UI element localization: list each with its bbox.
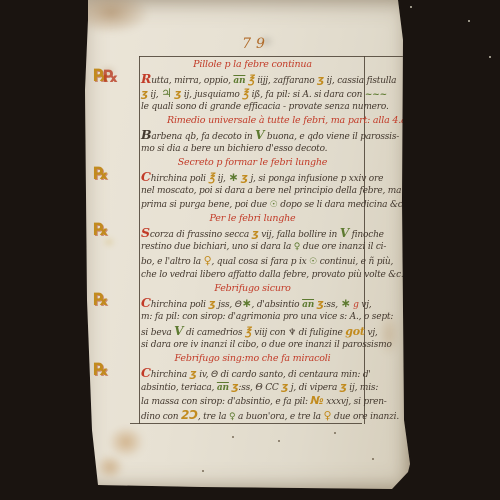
speck <box>372 458 374 460</box>
manuscript-line: nel moscato, poi si dara a bere nel prin… <box>141 184 364 198</box>
manuscript-line: Chirchina poli ℥ ij, ∗ ʒ j, si ponga inf… <box>141 170 364 184</box>
text-segment: prima si purga bene, poi due <box>141 200 270 210</box>
text-segment: V <box>174 324 183 338</box>
text-segment: :ss, <box>324 300 341 310</box>
manuscript-line: Chirchina poli ʒ jss, Θ∗, d'absintio an … <box>141 296 364 310</box>
text-segment: ʒ <box>241 171 248 184</box>
text-segment: iv, <box>197 370 211 380</box>
text-segment: restino due bichiari, uno si dara la <box>141 242 294 252</box>
text-segment: V <box>340 226 349 240</box>
manuscript-line: absintio, teriaca, an ʒ:ss, Θ CC ʒ j, di… <box>141 380 364 394</box>
text-segment: mo si dia a bere un bichiero d'esso deco… <box>141 144 327 154</box>
section-heading: Per le febri lunghe <box>141 212 364 226</box>
manuscript-line: prima si purga bene, poi due ☉ dopo se l… <box>141 198 364 212</box>
text-segment: ♃ <box>161 86 172 100</box>
text-segment: si dara ore iv inanzi il cibo, o due ore… <box>141 340 392 350</box>
text-segment: ∗ <box>228 170 238 184</box>
text-segment: 2Ɔ <box>181 408 198 422</box>
text-segment: buona, e qdo viene il parossis- <box>264 132 399 142</box>
manuscript-line: si dara ore iv inanzi il cibo, o due ore… <box>141 338 364 352</box>
photograph-background: 79 Pillole p la febre continuaRutta, mir… <box>0 0 500 500</box>
text-segment: finoche <box>349 230 384 240</box>
manuscript-line: restino due bichiari, uno si dara la ♀ d… <box>141 240 364 254</box>
text-segment: g <box>350 300 358 310</box>
manuscript-line: Barbena qb, fa decoto in V buona, e qdo … <box>141 128 364 142</box>
text-segment: di camedrios <box>183 328 245 338</box>
manuscript-line: che lo vedrai libero affatto dalla febre… <box>141 268 364 282</box>
text-segment: corza di frassino secca <box>150 230 252 240</box>
text-segment: due ore inanzi il ci- <box>300 242 386 252</box>
manuscript-line: si beva V di camedrios ℥ viij con ♆ di f… <box>141 324 364 338</box>
text-segment: jss, <box>215 300 234 310</box>
text-segment: utta, mirra, oppio, <box>151 76 233 86</box>
text-segment: ij, <box>148 90 161 100</box>
text-segment: Secreto p formar le febri lunghe <box>178 157 327 168</box>
rx-symbol: ℞ <box>93 164 108 184</box>
text-segment: absintio, teriaca, <box>141 383 217 393</box>
text-segment: ℥ <box>248 73 255 86</box>
manuscript-line: mo si dia a bere un bichiero d'esso deco… <box>141 142 364 156</box>
dust-speck <box>410 6 412 8</box>
manuscript-line: Chirchina ʒ iv, Θ di cardo santo, di cen… <box>141 366 364 380</box>
section-heading: Febrifugo sicuro <box>141 282 364 296</box>
text-segment: dopo se li dara medicina &c. <box>278 200 406 210</box>
text-segment: C <box>141 295 151 310</box>
manuscript-line: Scorza di frassino secca ʒ vij, falla bo… <box>141 226 364 240</box>
text-segment: bo, e l'altro la <box>141 257 204 267</box>
text-segment: an <box>217 383 229 393</box>
text-segment: C <box>141 365 151 380</box>
manuscript-line: la massa con sirop: d'absintio, e fa pil… <box>141 394 364 408</box>
text-segment: S <box>141 225 150 240</box>
text-segment: j, si ponga infusione p xxiv ore <box>248 174 383 184</box>
rx-symbol: ℞℞ <box>93 66 108 86</box>
frame-rule-top <box>139 56 407 57</box>
text-segment: vij, falla bollire in <box>259 230 340 240</box>
manuscript-page: 79 Pillole p la febre continuaRutta, mir… <box>82 0 414 490</box>
text-segment: V <box>255 128 264 142</box>
text-segment: Per le febri lunghe <box>210 213 296 224</box>
text-segment: Febrifugo sing:mo che fa miracoli <box>175 353 331 364</box>
rx-symbol: ℞ <box>93 220 108 240</box>
text-segment: ∗ <box>341 296 351 310</box>
speck <box>232 436 234 438</box>
text-segment: R <box>141 71 151 86</box>
section-heading: Secreto p formar le febri lunghe <box>141 156 364 170</box>
text-segment: , tre la <box>198 412 229 422</box>
stain <box>96 454 124 480</box>
text-segment: le quali sono di grande efficacia - prov… <box>141 102 389 112</box>
stain <box>108 426 144 458</box>
frame-rule-left <box>139 56 140 424</box>
text-segment: di fuligine <box>296 328 345 338</box>
text-segment: di cardo santo, di centaura min: d' <box>218 370 371 380</box>
manuscript-line: dino con 2Ɔ, tre la ♀ a buon'ora, e tre … <box>141 408 364 422</box>
text-segment: ~~~ <box>365 90 387 100</box>
frame-rule-bottom <box>130 423 362 424</box>
text-segment: hirchina <box>151 370 190 380</box>
text-segment: ʒ <box>252 227 259 240</box>
text-segment: hirchina poli <box>151 174 209 184</box>
text-segment: B <box>141 127 151 142</box>
rx-symbol: ℞ <box>93 360 108 380</box>
text-segment: ʒ <box>190 367 197 380</box>
text-segment: C <box>141 169 151 184</box>
manuscript-line: bo, e l'altro la ♀, qual cosa si fara p … <box>141 254 364 268</box>
manuscript-line: ʒ ij, ♃ ʒ ij, jusquiamo ℥ iß, fa pil: si… <box>141 86 364 100</box>
text-segment: iß, fa pil: si A. si dara con <box>249 90 365 100</box>
text-segment: ∗ <box>242 296 252 310</box>
text-segment: m: fa pil: con sirop: d'agrimonia pro un… <box>141 312 393 322</box>
text-segment: got <box>345 325 365 338</box>
text-segment: Θ <box>211 370 218 380</box>
text-segment: vj, <box>359 300 372 310</box>
text-segment: :ss, <box>238 383 255 393</box>
text-segment: hirchina poli <box>151 300 209 310</box>
text-segment: nel moscato, poi si dara a bere nel prin… <box>141 186 401 196</box>
text-segment: vj, <box>365 328 378 338</box>
text-segment: Febrifugo sicuro <box>214 283 290 294</box>
text-segment: Θ <box>235 300 242 310</box>
text-segment: ℥ <box>242 87 249 100</box>
text-segment: ʒ <box>141 87 148 100</box>
rx-symbol-echo: ℞ <box>103 67 118 87</box>
text-segment: arbena qb, fa decoto in <box>151 132 255 142</box>
text-segment: xxxvj, si pren- <box>324 397 387 407</box>
dust-speck <box>468 20 470 22</box>
text-segment: ☉ <box>309 257 317 267</box>
manuscript-line: Rutta, mirra, oppio, an ℥ iijj, zaffaran… <box>141 72 364 86</box>
text-segment: Rimedio universale à tutte le febri, ma … <box>167 115 407 126</box>
text-segment: la massa con sirop: d'absintio, e fa pil… <box>141 397 311 407</box>
speck <box>278 440 280 442</box>
text-segment: ☉ <box>270 200 278 210</box>
text-segment: an <box>233 76 245 86</box>
manuscript-line: le quali sono di grande efficacia - prov… <box>141 100 364 114</box>
speck <box>202 470 204 472</box>
text-segment: Θ CC <box>255 383 281 393</box>
section-heading: Febrifugo sing:mo che fa miracoli <box>141 352 364 366</box>
text-segment: ij, cassia fistulla <box>324 76 396 86</box>
text-segment: ♆ <box>288 328 296 338</box>
text-segment: che lo vedrai libero affatto dalla febre… <box>141 270 404 280</box>
text-segment: dino con <box>141 412 181 422</box>
text-segment: , d'absintio <box>252 300 303 310</box>
text-segment: continui, e ñ più, <box>317 257 393 267</box>
text-segment: ʒ <box>317 73 324 86</box>
text-segment: iijj, zaffarano <box>255 76 317 86</box>
text-segment: ℥ <box>245 325 252 338</box>
text-segment: viij con <box>252 328 288 338</box>
stain <box>72 0 150 34</box>
text-segment: № <box>311 394 324 407</box>
text-segment: si beva <box>141 328 174 338</box>
rx-symbol: ℞ <box>93 290 108 310</box>
speck <box>334 432 336 434</box>
text-block: Pillole p la febre continuaRutta, mirra,… <box>141 58 364 422</box>
folio-number: 79 <box>224 36 288 52</box>
text-segment: ij, jusquiamo <box>181 90 242 100</box>
section-heading: Rimedio universale à tutte le febri, ma … <box>167 114 390 128</box>
text-segment: ij, <box>215 174 228 184</box>
text-segment: a buon'ora, e tre la <box>235 412 323 422</box>
text-segment: , qual cosa si fara p ix <box>211 257 309 267</box>
text-segment: an <box>302 300 314 310</box>
text-segment: Pillole p la febre continua <box>193 59 312 70</box>
section-heading: Pillole p la febre continua <box>141 58 364 72</box>
text-segment: due ore inanzi. <box>331 412 399 422</box>
text-segment: ij, mis: <box>347 383 379 393</box>
text-segment: j, di vipera <box>288 383 340 393</box>
text-segment: ʒ <box>340 380 347 393</box>
dust-speck <box>489 56 491 58</box>
manuscript-line: m: fa pil: con sirop: d'agrimonia pro un… <box>141 310 364 324</box>
text-segment: ʒ <box>317 297 324 310</box>
